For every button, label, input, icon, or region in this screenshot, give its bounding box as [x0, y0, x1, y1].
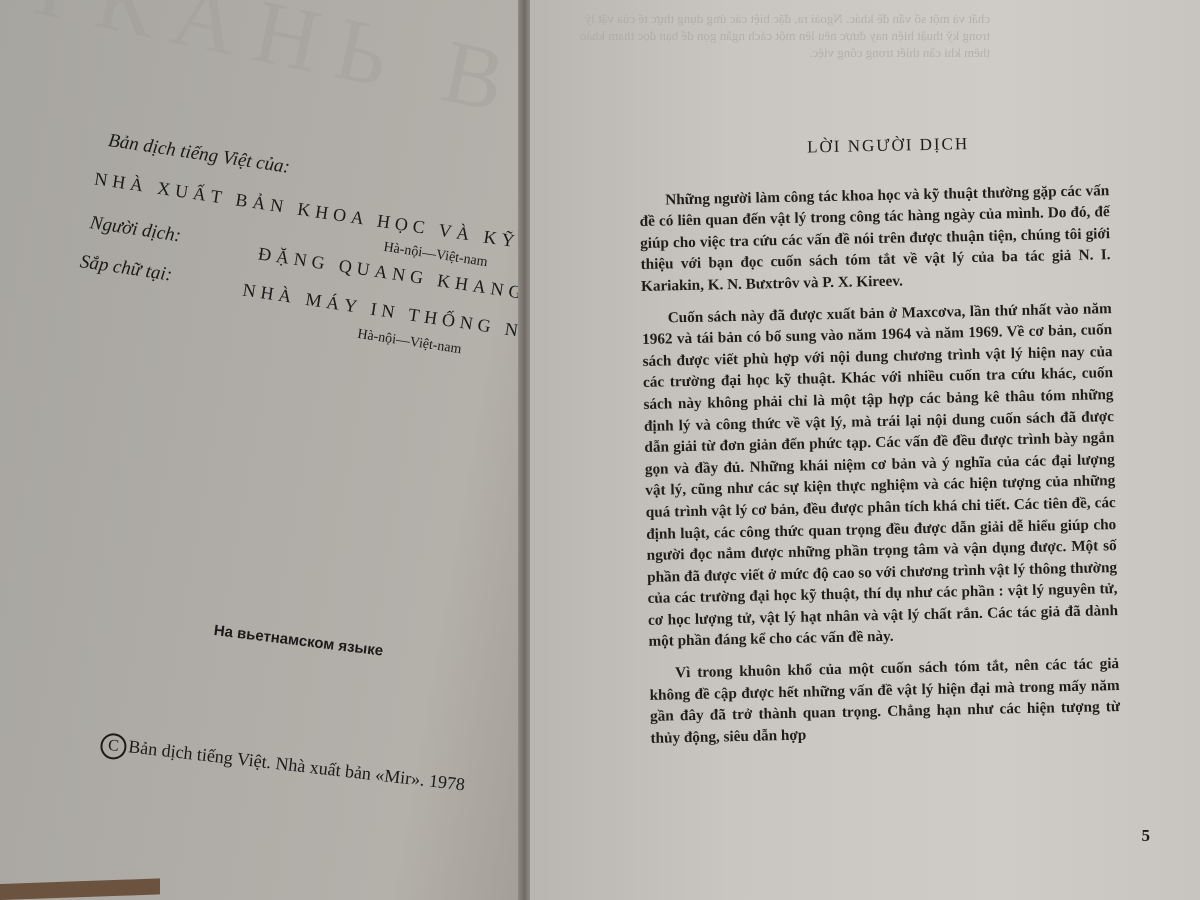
bleed-through-text: chất và một số vấn đề khác. Ngoài ra, đặ… — [570, 10, 990, 61]
preface-title: LỜI NGƯỜI DỊCH — [638, 130, 1108, 161]
preface-paragraph: Những người làm công tác khoa học và kỹ … — [639, 180, 1111, 298]
copyright-text: Bản dịch tiếng Việt. Nhà xuất bản «Mir».… — [127, 736, 466, 794]
preface-paragraph: Cuốn sách này đã được xuất bản ở Maxcơva… — [642, 298, 1119, 653]
right-page: chất và một số vấn đề khác. Ngoài ra, đặ… — [530, 0, 1200, 900]
credits-block: Bản dịch tiếng Việt của: NHÀ XUẤT BẢN KH… — [110, 130, 525, 192]
translator-label: Người dịch: — [88, 212, 182, 247]
translation-label: Bản dịch tiếng Việt của: — [107, 130, 292, 179]
bleed-through-text: ТКАНЬ ВУ — [16, 0, 525, 152]
page-number: 5 — [1142, 826, 1151, 846]
copyright-icon: C — [99, 732, 128, 761]
book-cover-edge — [0, 878, 160, 900]
typeset-label: Sắp chữ tại: — [79, 251, 174, 286]
left-page: ТКАНЬ ВУ Bản dịch tiếng Việt của: NHÀ XU… — [0, 0, 525, 900]
typesetter-location: Hà-nội—Việt-nam — [356, 327, 462, 358]
russian-language-note: На вьетнамском языке — [213, 622, 384, 660]
preface-paragraph: Vì trong khuôn khổ của một cuốn sách tóm… — [649, 653, 1121, 749]
copyright-line: CBản dịch tiếng Việt. Nhà xuất bản «Mir»… — [99, 732, 466, 799]
translator-preface: LỜI NGƯỜI DỊCH Những người làm công tác … — [638, 130, 1121, 759]
